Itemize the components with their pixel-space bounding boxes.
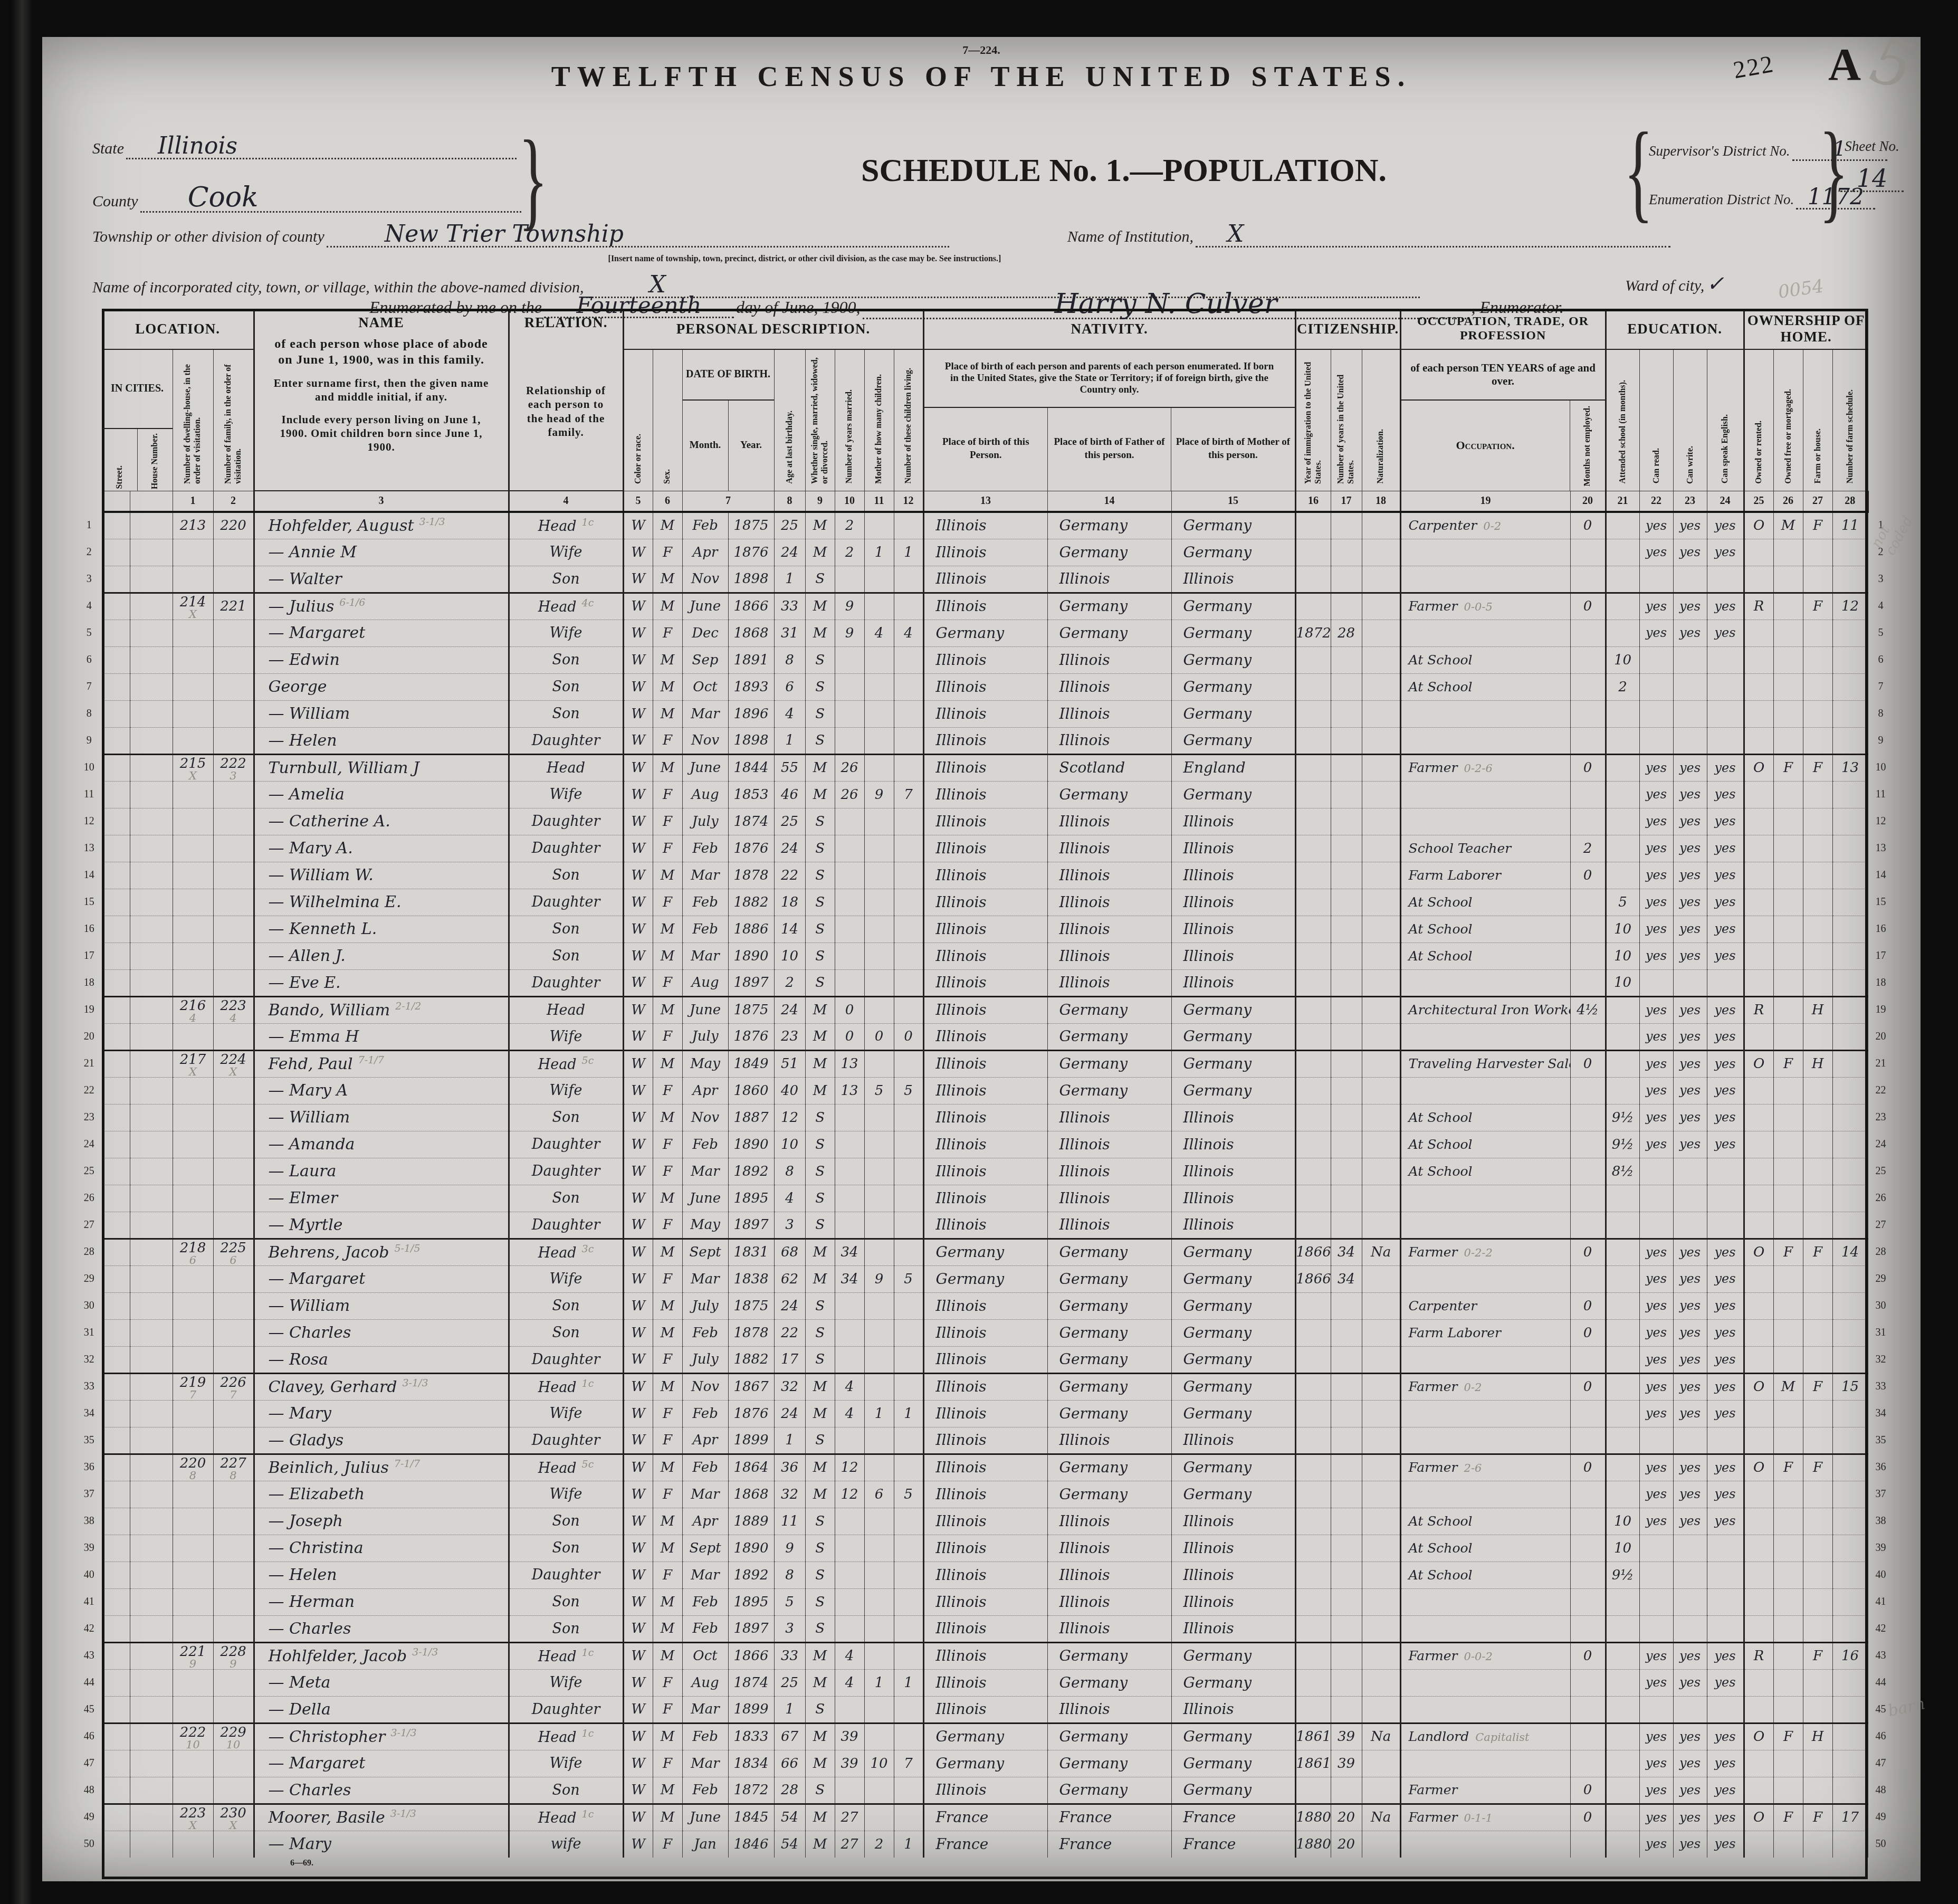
cell-schedule-r24	[1832, 1131, 1868, 1158]
occupation-block: of each person TEN YEARS of age and over…	[1400, 349, 1606, 491]
cell-read-r21: yes	[1639, 1050, 1673, 1077]
table-row: 3321972267Clavey, Gerhard3-1/3Head1cWMNo…	[77, 1373, 1893, 1400]
cell-pob-mother-r32: Germany	[1171, 1346, 1295, 1373]
column-numbers-row: 1234567891011121314151617181920212223242…	[77, 491, 1893, 512]
cell-street-r26	[102, 1185, 130, 1212]
cell-free-r46: F	[1773, 1723, 1803, 1750]
cell-relation-r19: Head	[509, 996, 623, 1023]
cell-immigration-r18	[1295, 969, 1331, 996]
cell-naturalization-r40	[1362, 1562, 1400, 1588]
cell-free-r17	[1773, 943, 1803, 969]
cell-relation-r21: Head5c	[509, 1050, 623, 1077]
cell-pob-mother-r10: England	[1171, 754, 1295, 781]
cell-owned-r43: R	[1744, 1642, 1773, 1669]
cell-english-r25	[1707, 1158, 1744, 1185]
cell-pob-mother-r18: Illinois	[1171, 969, 1295, 996]
cell-naturalization-r32	[1362, 1346, 1400, 1373]
cell-schedule-r26	[1832, 1185, 1868, 1212]
cell-years-married-r4: 9	[835, 593, 864, 620]
cell-pob-r31: Illinois	[923, 1319, 1047, 1346]
cell-mother-of-r32	[864, 1346, 894, 1373]
cell-street-r34	[102, 1400, 130, 1427]
cell-age-r29: 62	[774, 1265, 805, 1292]
cell-occupation-r25: At School	[1400, 1158, 1570, 1185]
cell-schedule-r42	[1832, 1615, 1868, 1642]
cell-pob-mother-r35: Illinois	[1171, 1427, 1295, 1454]
cell-farm-r37	[1803, 1481, 1832, 1508]
cell-year-r38: 1889	[728, 1508, 774, 1535]
cell-family-r23	[213, 1104, 254, 1131]
cell-schedule-r15	[1832, 889, 1868, 916]
table-row: 29— MargaretWifeWFMar183862M3495GermanyG…	[77, 1265, 1893, 1292]
table-row: 1213220Hohfelder, August3-1/3Head1cWMFeb…	[77, 512, 1893, 539]
cell-age-r3: 1	[774, 566, 805, 593]
cell-years-us-r25	[1331, 1158, 1362, 1185]
cell-sex-r14: M	[653, 862, 682, 889]
cell-years-us-r33	[1331, 1373, 1362, 1400]
cell-dwelling-r47	[173, 1750, 213, 1777]
cell-english-r42	[1707, 1615, 1744, 1642]
cell-pob-mother-r1: Germany	[1171, 512, 1295, 539]
cell-months-not-employed-r15	[1570, 889, 1606, 916]
cell-year-r14: 1878	[728, 862, 774, 889]
cell-months-not-employed-r41	[1570, 1588, 1606, 1615]
cell-name-r4: — Julius6-1/6	[254, 593, 509, 620]
cell-naturalization-r16	[1362, 916, 1400, 943]
cell-family-r32	[213, 1346, 254, 1373]
table-row: 22— Mary AWifeWFApr186040M1355IllinoisGe…	[77, 1077, 1893, 1104]
cell-farm-r1: F	[1803, 512, 1832, 539]
cell-year-r47: 1834	[728, 1750, 774, 1777]
cell-years-us-r9	[1331, 727, 1362, 754]
cell-children-living-r30	[894, 1292, 923, 1319]
cell-schedule-r49: 17	[1832, 1804, 1868, 1831]
cell-name-r47: — Margaret	[254, 1750, 509, 1777]
cell-read-r11: yes	[1639, 781, 1673, 808]
col-number-17: 17	[1331, 491, 1362, 512]
cell-owned-r3	[1744, 566, 1773, 593]
cell-marital-r33: M	[805, 1373, 835, 1400]
cell-name-r46: — Christopher3-1/3	[254, 1723, 509, 1750]
cell-owned-r22	[1744, 1077, 1773, 1104]
row-number-column-left	[77, 309, 102, 512]
cell-write-r35	[1673, 1427, 1707, 1454]
cell-owned-r1: O	[1744, 512, 1773, 539]
cell-family-r3	[213, 566, 254, 593]
cell-immigration-r13	[1295, 835, 1331, 862]
cell-dwelling-r26	[173, 1185, 213, 1212]
cell-school-r10	[1606, 754, 1639, 781]
cell-occupation-r32	[1400, 1346, 1570, 1373]
cell-schedule-r37	[1832, 1481, 1868, 1508]
cell-children-living-r33	[894, 1373, 923, 1400]
cell-sex-r28: M	[653, 1239, 682, 1265]
col-months-not-employed: Months not employed.	[1570, 401, 1605, 491]
cell-marital-r12: S	[805, 808, 835, 835]
cell-children-living-r37: 5	[894, 1481, 923, 1508]
cell-farm-r40	[1803, 1562, 1832, 1588]
cell-free-r24	[1773, 1131, 1803, 1158]
cell-mother-of-r47: 10	[864, 1750, 894, 1777]
cell-immigration-r50: 1880	[1295, 1831, 1331, 1858]
cell-school-r23: 9½	[1606, 1104, 1639, 1131]
township-label: Township or other division of county	[92, 228, 324, 245]
cell-pob-father-r10: Scotland	[1047, 754, 1171, 781]
cell-english-r49: yes	[1707, 1804, 1744, 1831]
cell-family-r9	[213, 727, 254, 754]
cell-school-r34	[1606, 1400, 1639, 1427]
cell-years-married-r50: 27	[835, 1831, 864, 1858]
cell-owned-r42	[1744, 1615, 1773, 1642]
row-number-left: 6	[77, 646, 102, 673]
cell-house-r49	[130, 1804, 173, 1831]
cell-write-r49: yes	[1673, 1804, 1707, 1831]
col-naturalization: Naturalization.	[1362, 349, 1400, 491]
row-number-left: 25	[77, 1158, 102, 1185]
cell-pob-mother-r15: Illinois	[1171, 889, 1295, 916]
cell-months-not-employed-r10: 0	[1570, 754, 1606, 781]
cell-free-r3	[1773, 566, 1803, 593]
cell-marital-r22: M	[805, 1077, 835, 1104]
cell-street-r11	[102, 781, 130, 808]
table-body: 1213220Hohfelder, August3-1/3Head1cWMFeb…	[77, 512, 1893, 1858]
cell-street-r9	[102, 727, 130, 754]
cell-mother-of-r25	[864, 1158, 894, 1185]
cell-immigration-r43	[1295, 1642, 1331, 1669]
cell-schedule-r31	[1832, 1319, 1868, 1346]
institution-label: Name of Institution,	[1067, 228, 1193, 245]
cell-pob-mother-r11: Germany	[1171, 781, 1295, 808]
cell-free-r11	[1773, 781, 1803, 808]
cell-read-r38: yes	[1639, 1508, 1673, 1535]
cell-children-living-r39	[894, 1535, 923, 1562]
cell-years-us-r35	[1331, 1427, 1362, 1454]
cell-occupation-r6: At School	[1400, 646, 1570, 673]
cell-name-r25: — Laura	[254, 1158, 509, 1185]
cell-months-not-employed-r29	[1570, 1265, 1606, 1292]
cell-school-r6: 10	[1606, 646, 1639, 673]
cell-years-married-r42	[835, 1615, 864, 1642]
cell-pob-r4: Illinois	[923, 593, 1047, 620]
cell-free-r38	[1773, 1508, 1803, 1535]
cell-color-r25: W	[623, 1158, 653, 1185]
cell-street-r5	[102, 620, 130, 646]
cell-years-us-r8	[1331, 700, 1362, 727]
cell-pob-r27: Illinois	[923, 1212, 1047, 1239]
cell-years-us-r4	[1331, 593, 1362, 620]
cell-family-r50	[213, 1831, 254, 1858]
cell-street-r4	[102, 593, 130, 620]
cell-year-r29: 1838	[728, 1265, 774, 1292]
cell-house-r33	[130, 1373, 173, 1400]
cell-years-married-r27	[835, 1212, 864, 1239]
cell-name-r31: — Charles	[254, 1319, 509, 1346]
cell-years-us-r7	[1331, 673, 1362, 700]
cell-english-r24: yes	[1707, 1131, 1744, 1158]
col-number-13: 13	[923, 491, 1047, 512]
cell-schedule-r30	[1832, 1292, 1868, 1319]
cell-pob-mother-r39: Illinois	[1171, 1535, 1295, 1562]
row-number-left: 40	[77, 1562, 102, 1588]
cell-pob-mother-r49: France	[1171, 1804, 1295, 1831]
cell-children-living-r3	[894, 566, 923, 593]
cell-name-r39: — Christina	[254, 1535, 509, 1562]
col-number-22: 22	[1639, 491, 1673, 512]
table-row: 2821862256Behrens, Jacob5-1/5Head3cWMSep…	[77, 1239, 1893, 1265]
cell-pob-father-r7: Illinois	[1047, 673, 1171, 700]
cell-age-r47: 66	[774, 1750, 805, 1777]
cell-school-r28	[1606, 1239, 1639, 1265]
cell-years-married-r41	[835, 1588, 864, 1615]
cell-school-r25: 8½	[1606, 1158, 1639, 1185]
cell-occupation-r49: Farmer0-1-1	[1400, 1804, 1570, 1831]
cell-pob-father-r45: Illinois	[1047, 1696, 1171, 1723]
row-number-right: 36	[1868, 1454, 1893, 1481]
cell-english-r15: yes	[1707, 889, 1744, 916]
cell-farm-r34	[1803, 1400, 1832, 1427]
cell-english-r48: yes	[1707, 1777, 1744, 1804]
cell-name-r50: — Mary	[254, 1831, 509, 1858]
cell-dwelling-r5	[173, 620, 213, 646]
cell-house-r42	[130, 1615, 173, 1642]
cell-pob-mother-r34: Germany	[1171, 1400, 1295, 1427]
cell-marital-r11: M	[805, 781, 835, 808]
ward-field: Ward of city, ✓	[1625, 273, 1724, 295]
cell-sex-r15: F	[653, 889, 682, 916]
cell-immigration-r12	[1295, 808, 1331, 835]
table-row: 48— CharlesSonWMFeb187228SIllinoisGerman…	[77, 1777, 1893, 1804]
cell-years-us-r24	[1331, 1131, 1362, 1158]
cell-immigration-r41	[1295, 1588, 1331, 1615]
col-number-15: 15	[1171, 491, 1295, 512]
col-number-23: 23	[1673, 491, 1707, 512]
row-number-right: 25	[1868, 1158, 1893, 1185]
cell-street-r41	[102, 1588, 130, 1615]
cell-month-r31: Feb	[682, 1319, 728, 1346]
col-number-19: 19	[1400, 491, 1570, 512]
group-education: EDUCATION.	[1606, 309, 1744, 349]
row-number-right: 22	[1868, 1077, 1893, 1104]
cell-house-r30	[130, 1292, 173, 1319]
row-number-left: 22	[77, 1077, 102, 1104]
cell-children-living-r26	[894, 1185, 923, 1212]
col-number-1: 1	[173, 491, 213, 512]
cell-write-r19: yes	[1673, 996, 1707, 1023]
cell-pob-r5: Germany	[923, 620, 1047, 646]
cell-dwelling-r44	[173, 1669, 213, 1696]
township-note: [Insert name of township, town, precinct…	[475, 254, 1134, 264]
cell-occupation-r37	[1400, 1481, 1570, 1508]
cell-relation-r36: Head5c	[509, 1454, 623, 1481]
cell-years-married-r33: 4	[835, 1373, 864, 1400]
cell-children-living-r42	[894, 1615, 923, 1642]
cell-pob-father-r46: Germany	[1047, 1723, 1171, 1750]
cell-naturalization-r1	[1362, 512, 1400, 539]
cell-school-r32	[1606, 1346, 1639, 1373]
cell-school-r39: 10	[1606, 1535, 1639, 1562]
col-number-12: 12	[894, 491, 923, 512]
cell-month-r32: July	[682, 1346, 728, 1373]
cell-pob-r49: France	[923, 1804, 1047, 1831]
cell-free-r37	[1773, 1481, 1803, 1508]
cell-marital-r7: S	[805, 673, 835, 700]
cell-relation-r47: Wife	[509, 1750, 623, 1777]
cell-marital-r43: M	[805, 1642, 835, 1669]
cell-month-r3: Nov	[682, 566, 728, 593]
cell-mother-of-r8	[864, 700, 894, 727]
cell-dwelling-r35	[173, 1427, 213, 1454]
cell-pob-r10: Illinois	[923, 754, 1047, 781]
cell-color-r3: W	[623, 566, 653, 593]
table-row: 10215X2223Turnbull, William JHeadWMJune1…	[77, 754, 1893, 781]
cell-farm-r26	[1803, 1185, 1832, 1212]
cell-pob-mother-r40: Illinois	[1171, 1562, 1295, 1588]
cell-sex-r37: F	[653, 1481, 682, 1508]
table-row: 4214X221— Julius6-1/6Head4cWMJune186633M…	[77, 593, 1893, 620]
cell-name-r17: — Allen J.	[254, 943, 509, 969]
cell-owned-r27	[1744, 1212, 1773, 1239]
cell-children-living-r17	[894, 943, 923, 969]
cell-street-r33	[102, 1373, 130, 1400]
cell-children-living-r4	[894, 593, 923, 620]
cell-relation-r3: Son	[509, 566, 623, 593]
group-occupation: OCCUPATION, TRADE, OR PROFESSION	[1400, 309, 1606, 349]
cell-color-r15: W	[623, 889, 653, 916]
cell-school-r7: 2	[1606, 673, 1639, 700]
col-number-25: 25	[1744, 491, 1773, 512]
cell-month-r27: May	[682, 1212, 728, 1239]
cell-pob-r25: Illinois	[923, 1158, 1047, 1185]
cell-month-r29: Mar	[682, 1265, 728, 1292]
cell-months-not-employed-r30: 0	[1570, 1292, 1606, 1319]
cell-house-r15	[130, 889, 173, 916]
cell-name-r33: Clavey, Gerhard3-1/3	[254, 1373, 509, 1400]
row-number-right: 4	[1868, 593, 1893, 620]
col-month: Month.	[683, 401, 729, 491]
col-number-7: 7	[682, 491, 774, 512]
cell-owned-r32	[1744, 1346, 1773, 1373]
cell-age-r30: 24	[774, 1292, 805, 1319]
cell-pob-r41: Illinois	[923, 1588, 1047, 1615]
cell-mother-of-r33	[864, 1373, 894, 1400]
cell-pob-mother-r37: Germany	[1171, 1481, 1295, 1508]
cell-naturalization-r31	[1362, 1319, 1400, 1346]
cell-name-r37: — Elizabeth	[254, 1481, 509, 1508]
cell-read-r41	[1639, 1588, 1673, 1615]
cell-sex-r30: M	[653, 1292, 682, 1319]
cell-free-r13	[1773, 835, 1803, 862]
cell-pob-mother-r45: Illinois	[1171, 1696, 1295, 1723]
row-number-right: 31	[1868, 1319, 1893, 1346]
cell-occupation-r18	[1400, 969, 1570, 996]
col-number-20: 20	[1570, 491, 1606, 512]
name-note2: Include every person living on June 1, 1…	[255, 407, 508, 458]
cell-month-r20: July	[682, 1023, 728, 1050]
cell-street-r43	[102, 1642, 130, 1669]
cell-free-r2	[1773, 539, 1803, 566]
cell-month-r43: Oct	[682, 1642, 728, 1669]
table-row: 23— WilliamSonWMNov188712SIllinoisIllino…	[77, 1104, 1893, 1131]
cell-write-r2: yes	[1673, 539, 1707, 566]
cell-dwelling-r32	[173, 1346, 213, 1373]
cell-family-r33: 2267	[213, 1373, 254, 1400]
cell-school-r40: 9½	[1606, 1562, 1639, 1588]
cell-schedule-r16	[1832, 916, 1868, 943]
cell-months-not-employed-r7	[1570, 673, 1606, 700]
cell-pob-mother-r33: Germany	[1171, 1373, 1295, 1400]
cell-naturalization-r43	[1362, 1642, 1400, 1669]
cell-month-r1: Feb	[682, 512, 728, 539]
cell-family-r48	[213, 1777, 254, 1804]
cell-house-r18	[130, 969, 173, 996]
col-year: Year.	[729, 401, 774, 491]
cell-house-r44	[130, 1669, 173, 1696]
cell-free-r30	[1773, 1292, 1803, 1319]
cell-age-r26: 4	[774, 1185, 805, 1212]
cell-immigration-r29: 1866	[1295, 1265, 1331, 1292]
cell-pob-r8: Illinois	[923, 700, 1047, 727]
cell-english-r20: yes	[1707, 1023, 1744, 1050]
cell-marital-r20: M	[805, 1023, 835, 1050]
cell-years-married-r43: 4	[835, 1642, 864, 1669]
cell-dwelling-r50	[173, 1831, 213, 1858]
cell-sex-r49: M	[653, 1804, 682, 1831]
cell-street-r27	[102, 1212, 130, 1239]
cell-sex-r48: M	[653, 1777, 682, 1804]
cell-color-r12: W	[623, 808, 653, 835]
cell-month-r10: June	[682, 754, 728, 781]
cell-farm-r4: F	[1803, 593, 1832, 620]
cell-family-r30	[213, 1292, 254, 1319]
cell-schedule-r50	[1832, 1831, 1868, 1858]
cell-read-r49: yes	[1639, 1804, 1673, 1831]
cell-write-r16: yes	[1673, 916, 1707, 943]
cell-pob-r28: Germany	[923, 1239, 1047, 1265]
cell-write-r24: yes	[1673, 1131, 1707, 1158]
cell-months-not-employed-r19: 4½	[1570, 996, 1606, 1023]
cell-pob-r9: Illinois	[923, 727, 1047, 754]
cell-immigration-r36	[1295, 1454, 1331, 1481]
cell-sex-r47: F	[653, 1750, 682, 1777]
cell-mother-of-r24	[864, 1131, 894, 1158]
cell-family-r13	[213, 835, 254, 862]
cell-year-r4: 1866	[728, 593, 774, 620]
census-page: 7—224. TWELFTH CENSUS OF THE UNITED STAT…	[42, 37, 1921, 1881]
cell-house-r43	[130, 1642, 173, 1669]
ward-pencil-note: 0054	[1777, 275, 1825, 303]
cell-schedule-r41	[1832, 1588, 1868, 1615]
cell-english-r14: yes	[1707, 862, 1744, 889]
cell-color-r19: W	[623, 996, 653, 1023]
cell-pob-r7: Illinois	[923, 673, 1047, 700]
cell-free-r31	[1773, 1319, 1803, 1346]
cell-dwelling-r9	[173, 727, 213, 754]
cell-read-r20: yes	[1639, 1023, 1673, 1050]
cell-month-r12: July	[682, 808, 728, 835]
cell-read-r46: yes	[1639, 1723, 1673, 1750]
cell-read-r24: yes	[1639, 1131, 1673, 1158]
cell-write-r50: yes	[1673, 1831, 1707, 1858]
cell-mother-of-r1	[864, 512, 894, 539]
cell-relation-r4: Head4c	[509, 593, 623, 620]
cell-dwelling-r29	[173, 1265, 213, 1292]
cell-year-r7: 1893	[728, 673, 774, 700]
cell-month-r41: Feb	[682, 1588, 728, 1615]
cell-dwelling-r2	[173, 539, 213, 566]
table-row: 3— WalterSonWMNov18981SIllinoisIllinoisI…	[77, 566, 1893, 593]
cell-color-r29: W	[623, 1265, 653, 1292]
cell-house-r7	[130, 673, 173, 700]
